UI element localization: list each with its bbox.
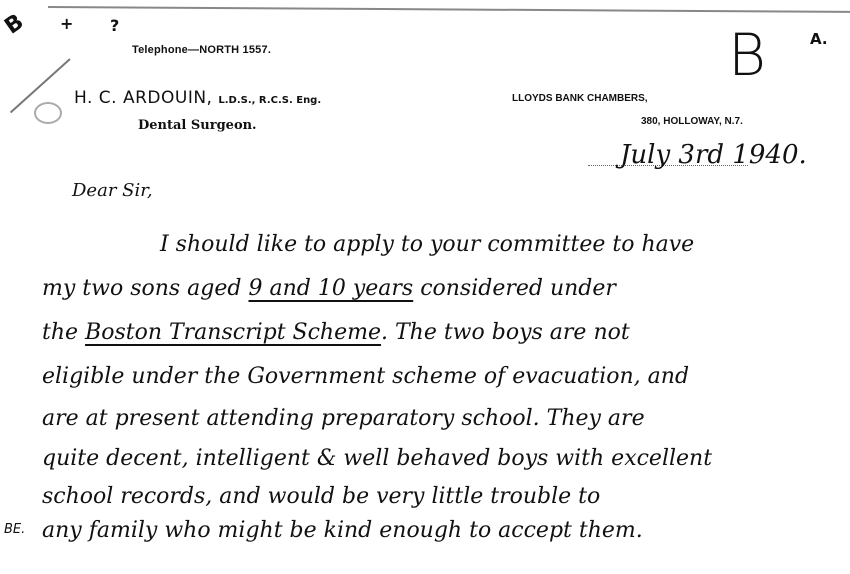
letterhead-address-line2: 380, HOLLOWAY, N.7. bbox=[641, 116, 743, 127]
line-text: quite decent, intelligent & well behaved… bbox=[42, 446, 712, 471]
letter-body-line: any family who might be kind enough to a… bbox=[42, 518, 643, 543]
letter-body-line: are at present attending preparatory sch… bbox=[42, 406, 645, 431]
sender-qualifications: L.D.S., R.C.S. Eng. bbox=[218, 95, 321, 106]
corner-annotation-b: B bbox=[0, 9, 28, 39]
letterhead-name: H. C. ARDOUIN, L.D.S., R.C.S. Eng. bbox=[74, 88, 321, 108]
annotation-small-letter: A. bbox=[810, 30, 828, 48]
margin-annotation: BE. bbox=[4, 522, 25, 537]
sender-name: H. C. ARDOUIN, bbox=[74, 88, 212, 108]
letterhead-profession: Dental Surgeon. bbox=[138, 118, 257, 133]
letter-body-line: the Boston Transcript Scheme. The two bo… bbox=[42, 320, 630, 345]
punch-hole bbox=[34, 102, 62, 124]
line-text: are at present attending preparatory sch… bbox=[42, 406, 645, 431]
line-text: my two sons aged bbox=[42, 276, 248, 301]
letter-body-line: I should like to apply to your committee… bbox=[160, 232, 694, 257]
line-text: considered under bbox=[413, 276, 616, 301]
corner-annotation-plus: + bbox=[60, 14, 73, 33]
line-text: I should like to apply to your committee… bbox=[160, 232, 694, 257]
underlined-text: 9 and 10 years bbox=[248, 276, 413, 301]
letter-body-line: quite decent, intelligent & well behaved… bbox=[42, 446, 712, 471]
letter-date: July 3rd 1940. bbox=[620, 140, 807, 170]
letter-salutation: Dear Sir, bbox=[72, 180, 153, 201]
line-text: any family who might be kind enough to a… bbox=[42, 518, 643, 543]
annotation-big-letter: B bbox=[728, 26, 766, 84]
letter-body-line: eligible under the Government scheme of … bbox=[42, 364, 689, 389]
letterhead-telephone: Telephone—NORTH 1557. bbox=[132, 44, 271, 56]
line-text: eligible under the Government scheme of … bbox=[42, 364, 689, 389]
letterhead-address-line1: LLOYDS BANK CHAMBERS, bbox=[512, 93, 648, 104]
corner-annotation-mark: ? bbox=[110, 16, 119, 35]
letter-body-line: my two sons aged 9 and 10 years consider… bbox=[42, 276, 616, 301]
paper-top-edge bbox=[48, 6, 850, 13]
letter-body-line: school records, and would be very little… bbox=[42, 484, 600, 509]
letter-page: B + ? Telephone—NORTH 1557. H. C. ARDOUI… bbox=[0, 0, 850, 574]
line-text: the bbox=[42, 320, 85, 345]
underlined-text: Boston Transcript Scheme bbox=[85, 320, 381, 345]
line-text: . The two boys are not bbox=[381, 320, 630, 345]
line-text: school records, and would be very little… bbox=[42, 484, 600, 509]
